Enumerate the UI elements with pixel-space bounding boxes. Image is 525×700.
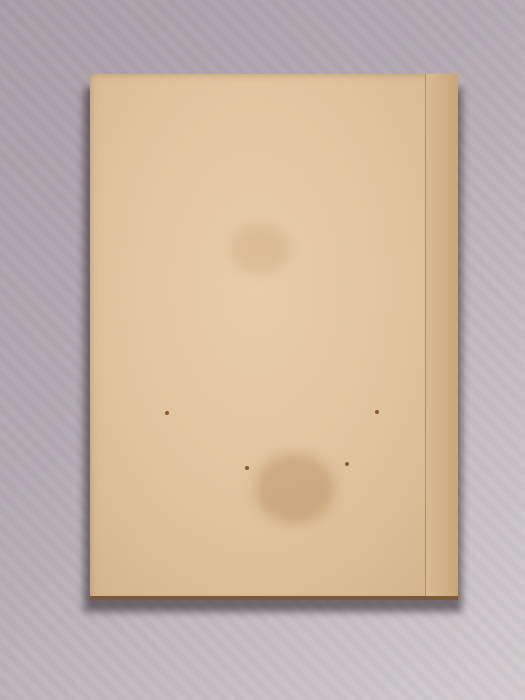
book-back-cover bbox=[90, 74, 458, 600]
foxing-spot bbox=[165, 411, 169, 415]
book-bottom-edge bbox=[90, 596, 458, 600]
foxing-spot bbox=[375, 410, 379, 414]
foxing-spot bbox=[345, 462, 349, 466]
foxing-spot bbox=[245, 466, 249, 470]
water-stain bbox=[230, 224, 290, 274]
water-stain bbox=[255, 454, 335, 524]
book-spine-edge bbox=[425, 74, 458, 600]
